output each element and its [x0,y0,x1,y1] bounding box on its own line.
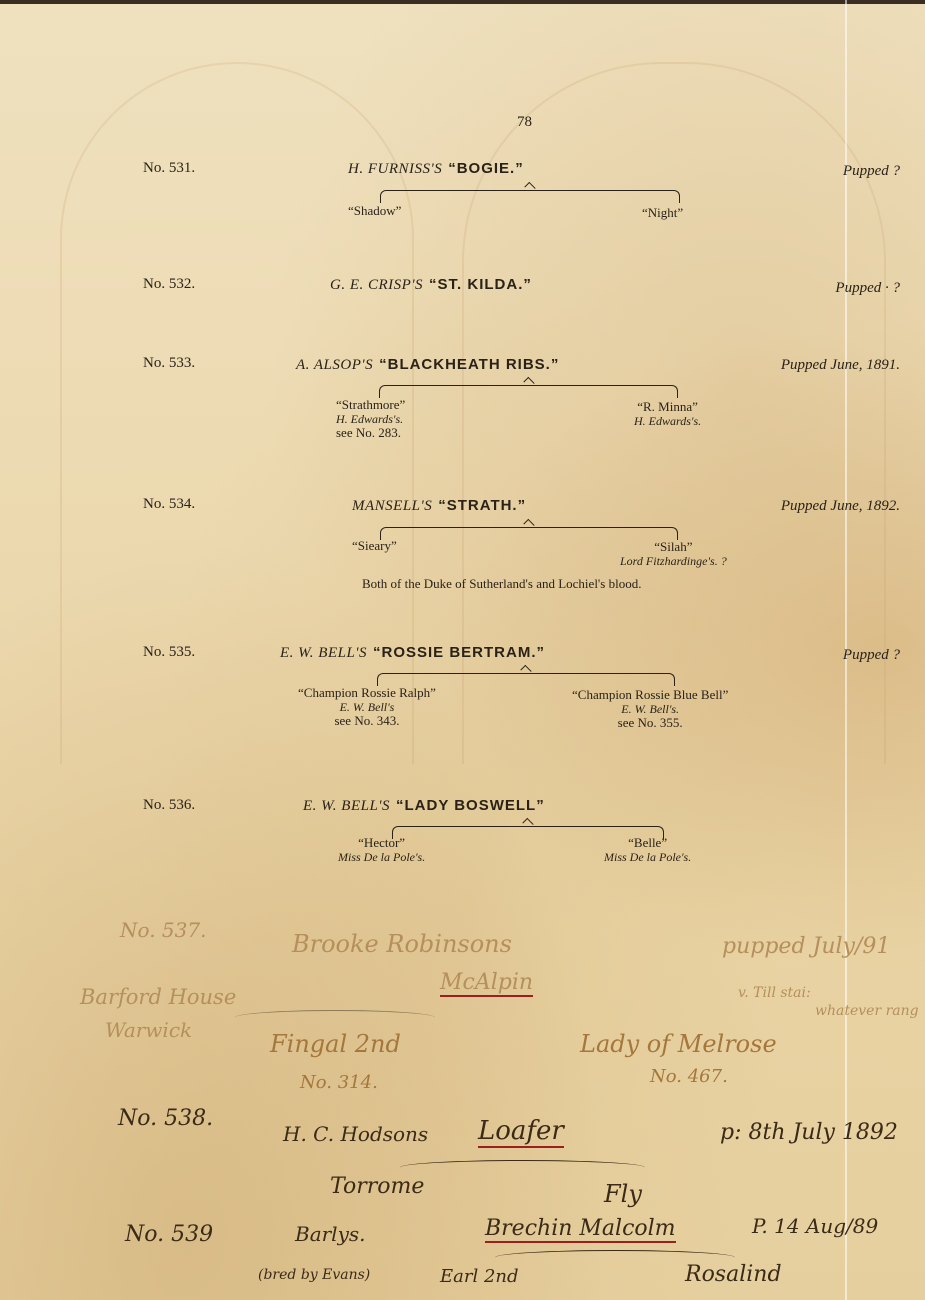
entry-title: MANSELL'S“STRATH.” [352,497,526,515]
dog-name: “BLACKHEATH RIBS.” [379,356,559,373]
dam-name: Rosalind [685,1262,782,1287]
dam-ref: see No. 355. [572,716,728,730]
owner-name: MANSELL'S [352,498,432,514]
dog-name: McAlpin [440,970,533,997]
owner-name: A. ALSOP'S [296,357,373,373]
ledger-page: 78 No. 531. H. FURNISS'S“BOGIE.” Pupped … [0,0,925,1300]
dog-name: “STRATH.” [438,497,526,514]
page-edge [0,0,925,4]
sire-owner: E. W. Bell's [298,700,436,714]
page-number: 78 [517,114,532,131]
entry-number: No. 531. [143,160,195,177]
owner-name: Brooke Robinsons [292,930,512,958]
sire-name: Fingal 2nd [270,1030,401,1058]
entry-number: No. 535. [143,644,195,661]
entry-number: No. 532. [143,276,195,293]
sire-owner: H. Edwards's. [336,412,405,426]
sire-name: “Strathmore” [336,398,405,412]
sire-name: “Champion Rossie Ralph” [298,686,436,700]
pupped-date: Pupped ? [843,163,900,180]
entry-title: H. FURNISS'S“BOGIE.” [348,160,524,178]
sire: “Shadow” [348,204,401,218]
dam-name: “Belle” [604,836,691,850]
entry-number: No. 537. [120,918,206,942]
dam: “Night” [642,206,683,220]
dog-name: “ROSSIE BERTRAM.” [373,644,545,661]
pupped-date: Pupped · ? [835,280,900,297]
dam-name: Fly [604,1180,642,1208]
entry-title: E. W. BELL'S“LADY BOSWELL” [303,797,545,815]
dam: “R. Minna” H. Edwards's. [634,400,701,428]
dam-name: “Silah” [620,540,727,554]
sire-ref: see No. 283. [336,426,405,440]
dam-name: “Night” [642,206,683,220]
sire-name: Earl 2nd [440,1266,519,1287]
sire-ref: see No. 343. [298,714,436,728]
dam: “Champion Rossie Blue Bell” E. W. Bell's… [572,688,728,730]
entry-title: E. W. BELL'S“ROSSIE BERTRAM.” [280,644,545,662]
dam-ref: No. 467. [650,1066,728,1087]
pupped-date: Pupped June, 1892. [781,498,900,515]
entry-number: No. 538. [118,1106,213,1131]
pedigree-brace [380,190,680,203]
pupped-date: P. 14 Aug/89 [752,1214,878,1238]
dog-name: “BOGIE.” [448,160,524,177]
entry-title: G. E. CRISP'S“ST. KILDA.” [330,276,532,294]
entry-title: A. ALSOP'S“BLACKHEATH RIBS.” [296,356,559,374]
dam-name: “Champion Rossie Blue Bell” [572,688,728,702]
address-line-1: Barford House [80,985,236,1009]
dam-owner: Miss De la Pole's. [604,850,691,864]
dam-name: “R. Minna” [634,400,701,414]
dam-owner: Lord Fitzhardinge's. ? [620,554,727,568]
owner-name: E. W. BELL'S [303,798,390,814]
dog-name: “ST. KILDA.” [429,276,532,293]
entry-number: No. 534. [143,496,195,513]
sire: “Strathmore” H. Edwards's. see No. 283. [336,398,405,440]
dog-name: Brechin Malcolm [485,1216,676,1243]
side-note-line-2: whatever rang [815,1003,919,1019]
address-line-2: Warwick [105,1018,192,1042]
entry-number: No. 539 [125,1222,213,1247]
pedigree-brace [380,527,678,540]
pupped-date: Pupped ? [843,647,900,664]
owner-name: Barlys. [295,1222,366,1246]
owner-name: H. C. Hodsons [283,1122,428,1146]
sire: “Champion Rossie Ralph” E. W. Bell's see… [298,686,436,728]
sire-name: “Hector” [338,836,425,850]
sire: “Hector” Miss De la Pole's. [338,836,425,864]
sire: “Sieary” [352,539,397,553]
dam-owner: E. W. Bell's. [572,702,728,716]
sire-ref: No. 314. [300,1072,378,1093]
breeder-note: (bred by Evans) [258,1267,370,1283]
entry-number: No. 536. [143,797,195,814]
sire-name: “Shadow” [348,204,401,218]
owner-name: H. FURNISS'S [348,161,442,177]
side-note-line-1: v. Till stai: [738,985,811,1001]
sire-name: Torrome [330,1174,424,1199]
dam-name: Lady of Melrose [580,1030,777,1058]
pupped-date: pupped July/91 [722,934,890,959]
dam: “Belle” Miss De la Pole's. [604,836,691,864]
sire-name: “Sieary” [352,539,397,553]
sire-owner: Miss De la Pole's. [338,850,425,864]
pedigree-brace [379,385,678,398]
lineage-note: Both of the Duke of Sutherland's and Loc… [362,576,641,592]
pupped-date: Pupped June, 1891. [781,357,900,374]
dam-owner: H. Edwards's. [634,414,701,428]
owner-name: G. E. CRISP'S [330,277,423,293]
dam: “Silah” Lord Fitzhardinge's. ? [620,540,727,568]
dog-name: Loafer [478,1116,564,1148]
owner-name: E. W. BELL'S [280,645,367,661]
pupped-date: p: 8th July 1892 [720,1120,898,1145]
entry-number: No. 533. [143,355,195,372]
dog-name: “LADY BOSWELL” [396,797,545,814]
pedigree-brace [400,1160,645,1175]
pedigree-brace [235,1010,435,1025]
